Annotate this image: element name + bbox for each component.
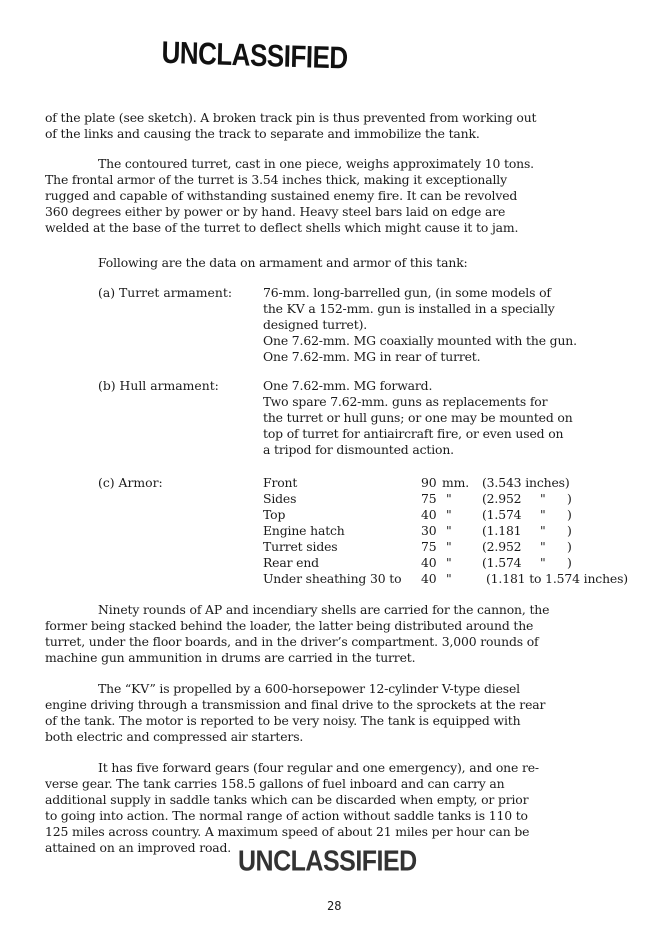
paragraph-5-line: of the tank. The motor is reported to be… bbox=[45, 713, 520, 728]
hull-armament-line: One 7.62-mm. MG forward. bbox=[263, 378, 432, 393]
armor-close-cell: ) bbox=[567, 491, 572, 506]
armor-inches-cell: (3.543 inches) bbox=[482, 475, 570, 490]
armor-mm-cell: 75 bbox=[421, 491, 436, 506]
armor-inches-cell: (1.181 to 1.574 inches) bbox=[486, 571, 628, 586]
paragraph-3-line: Following are the data on armament and a… bbox=[98, 255, 468, 270]
armor-unit-cell: mm. bbox=[442, 475, 469, 490]
armor-close-cell: ) bbox=[567, 555, 572, 570]
armor-close-cell: ) bbox=[567, 523, 572, 538]
armor-inches-cell: (2.952 bbox=[482, 491, 521, 506]
armor-unit-cell: " bbox=[446, 523, 452, 538]
classification-stamp-bottom: UNCLASSIFIED bbox=[238, 845, 417, 878]
hull-armament-line: the turret or hull guns; or one may be m… bbox=[263, 410, 573, 425]
paragraph-6-line: verse gear. The tank carries 158.5 gallo… bbox=[45, 776, 504, 791]
paragraph-4-line: Ninety rounds of AP and incendiary shell… bbox=[98, 602, 549, 617]
turret-armament-line: designed turret). bbox=[263, 317, 367, 332]
paragraph-2-line: welded at the base of the turret to defl… bbox=[45, 220, 518, 235]
armor-unit-cell: " bbox=[446, 555, 452, 570]
armor-inches-cell: (1.574 bbox=[482, 555, 521, 570]
document-page: UNCLASSIFIED of the plate (see sketch). … bbox=[0, 0, 669, 925]
armor-label: (c) Armor: bbox=[98, 475, 163, 490]
paragraph-4-line: machine gun ammunition in drums are carr… bbox=[45, 650, 415, 665]
armor-part-cell: Turret sides bbox=[263, 539, 338, 554]
paragraph-6-line: It has five forward gears (four regular … bbox=[98, 760, 539, 775]
armor-part-cell: Sides bbox=[263, 491, 296, 506]
armor-inches-cell: (1.181 bbox=[482, 523, 521, 538]
paragraph-1-line: of the plate (see sketch). A broken trac… bbox=[45, 110, 536, 125]
armor-inches-cell: (1.574 bbox=[482, 507, 521, 522]
paragraph-6-line: additional supply in saddle tanks which … bbox=[45, 792, 528, 807]
armor-ditto-cell: " bbox=[540, 491, 546, 506]
armor-close-cell: ) bbox=[567, 507, 572, 522]
turret-armament-label: (a) Turret armament: bbox=[98, 285, 232, 300]
armor-mm-cell: 30 bbox=[421, 523, 436, 538]
paragraph-5-line: both electric and compressed air starter… bbox=[45, 729, 303, 744]
armor-part-cell: Top bbox=[263, 507, 285, 522]
armor-mm-cell: 75 bbox=[421, 539, 436, 554]
hull-armament-label: (b) Hull armament: bbox=[98, 378, 219, 393]
armor-part-cell: Under sheathing 30 to bbox=[263, 571, 401, 586]
turret-armament-line: One 7.62-mm. MG in rear of turret. bbox=[263, 349, 480, 364]
armor-part-cell: Rear end bbox=[263, 555, 319, 570]
armor-unit-cell: " bbox=[446, 491, 452, 506]
armor-close-cell: ) bbox=[567, 539, 572, 554]
hull-armament-line: top of turret for antiaircraft fire, or … bbox=[263, 426, 563, 441]
turret-armament-line: the KV a 152-mm. gun is installed in a s… bbox=[263, 301, 555, 316]
armor-ditto-cell: " bbox=[540, 555, 546, 570]
paragraph-6-line: 125 miles across country. A maximum spee… bbox=[45, 824, 529, 839]
paragraph-4-line: turret, under the floor boards, and in t… bbox=[45, 634, 539, 649]
armor-unit-cell: " bbox=[446, 539, 452, 554]
page-number: 28 bbox=[327, 899, 341, 913]
hull-armament-line: Two spare 7.62-mm. guns as replacements … bbox=[263, 394, 547, 409]
paragraph-2-line: The frontal armor of the turret is 3.54 … bbox=[45, 172, 507, 187]
armor-ditto-cell: " bbox=[540, 507, 546, 522]
armor-unit-cell: " bbox=[446, 507, 452, 522]
paragraph-2-line: 360 degrees either by power or by hand. … bbox=[45, 204, 505, 219]
armor-mm-cell: 90 bbox=[421, 475, 436, 490]
hull-armament-line: a tripod for dismounted action. bbox=[263, 442, 454, 457]
turret-armament-line: 76-mm. long-barrelled gun, (in some mode… bbox=[263, 285, 551, 300]
paragraph-5-line: The “KV” is propelled by a 600-horsepowe… bbox=[98, 681, 520, 696]
armor-unit-cell: " bbox=[446, 571, 452, 586]
armor-mm-cell: 40 bbox=[421, 507, 436, 522]
paragraph-1-line: of the links and causing the track to se… bbox=[45, 126, 480, 141]
armor-part-cell: Engine hatch bbox=[263, 523, 345, 538]
classification-stamp-top: UNCLASSIFIED bbox=[161, 34, 348, 77]
armor-ditto-cell: " bbox=[540, 539, 546, 554]
armor-part-cell: Front bbox=[263, 475, 297, 490]
paragraph-6-line: attained on an improved road. bbox=[45, 840, 231, 855]
paragraph-2-line: The contoured turret, cast in one piece,… bbox=[98, 156, 534, 171]
turret-armament-line: One 7.62-mm. MG coaxially mounted with t… bbox=[263, 333, 577, 348]
armor-ditto-cell: " bbox=[540, 523, 546, 538]
armor-mm-cell: 40 bbox=[421, 555, 436, 570]
armor-inches-cell: (2.952 bbox=[482, 539, 521, 554]
paragraph-2-line: rugged and capable of withstanding susta… bbox=[45, 188, 517, 203]
armor-mm-cell: 40 bbox=[421, 571, 436, 586]
paragraph-5-line: engine driving through a transmission an… bbox=[45, 697, 545, 712]
paragraph-6-line: to going into action. The normal range o… bbox=[45, 808, 528, 823]
paragraph-4-line: former being stacked behind the loader, … bbox=[45, 618, 533, 633]
